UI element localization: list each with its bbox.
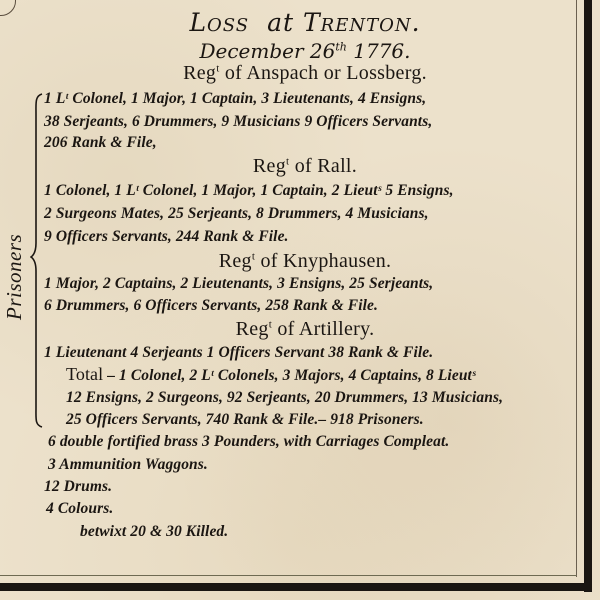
frame-inner-rule-right — [576, 0, 577, 577]
curly-brace-icon — [30, 93, 44, 428]
regiment-heading-rall: Regt of Rall. — [40, 155, 570, 178]
regiment-heading-knyphausen: Regt of Knyphausen. — [40, 250, 570, 273]
captured-item: 4 Colours. — [46, 500, 113, 518]
regiment-line: 1 Major, 2 Captains, 2 Lieutenants, 3 En… — [44, 275, 433, 293]
regiment-line: 38 Serjeants, 6 Drummers, 9 Musicians 9 … — [44, 113, 432, 131]
total-line: 12 Ensigns, 2 Surgeons, 92 Serjeants, 20… — [66, 389, 503, 407]
document-date: December 26th 1776. — [40, 39, 570, 63]
decorative-corner-arc — [0, 0, 16, 16]
regiment-line: 9 Officers Servants, 244 Rank & File. — [44, 228, 289, 246]
regiment-line: 2 Surgeons Mates, 25 Serjeants, 8 Drumme… — [44, 205, 429, 223]
regiment-heading-artillery: Regt of Artillery. — [40, 318, 570, 341]
regiment-line: 206 Rank & File, — [44, 134, 157, 152]
regiment-line: 1 Lᵗ Colonel, 1 Major, 1 Captain, 3 Lieu… — [44, 90, 426, 108]
regiment-line: 6 Drummers, 6 Officers Servants, 258 Ran… — [44, 297, 378, 315]
document-title: Loss at Trenton. — [40, 8, 570, 37]
total-label: Total — [66, 364, 103, 384]
regiment-heading-anspach: Regt of Anspach or Lossberg. — [40, 62, 570, 85]
frame-outer-rule-bottom — [0, 583, 592, 591]
regiment-line: 1 Colonel, 1 Lᵗ Colonel, 1 Major, 1 Capt… — [44, 182, 454, 200]
total-line: Total – 1 Colonel, 2 Lᵗ Colonels, 3 Majo… — [66, 364, 476, 385]
document-page: Loss at Trenton. December 26th 1776. Reg… — [0, 0, 600, 600]
regiment-line: 1 Lieutenant 4 Serjeants 1 Officers Serv… — [44, 344, 433, 362]
killed-note: betwixt 20 & 30 Killed. — [80, 523, 228, 541]
captured-item: 12 Drums. — [44, 478, 112, 496]
captured-item: 3 Ammunition Waggons. — [48, 456, 208, 474]
captured-item: 6 double fortified brass 3 Pounders, wit… — [48, 433, 449, 451]
prisoners-side-label: Prisoners — [2, 234, 27, 320]
frame-outer-rule-right — [584, 0, 592, 592]
total-line: 25 Officers Servants, 740 Rank & File.– … — [66, 411, 424, 429]
frame-inner-rule-bottom — [0, 575, 577, 576]
